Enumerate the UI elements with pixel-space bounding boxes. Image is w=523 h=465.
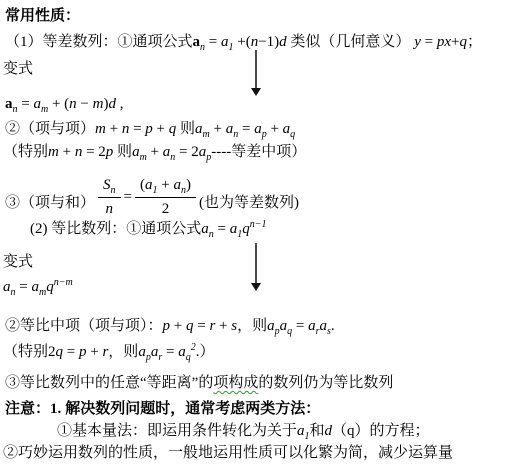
fraction-denominator: n — [98, 198, 121, 220]
note-label: 注意： — [5, 401, 50, 417]
arrow-shaft — [255, 50, 257, 88]
arith-line1-pre: （1）等差数列：①通项公式 — [5, 34, 193, 50]
arrow-head — [251, 88, 261, 96]
arith-mn-formula: m + n = p + q — [95, 121, 180, 137]
arith-general-line: （1）等差数列：①通项公式an = a1 +(n−1)d 类似（几何意义） y … — [5, 32, 482, 53]
geom-variant-label: 变式 — [3, 252, 33, 273]
fraction-equals: = — [124, 187, 132, 208]
arrow-shaft — [255, 243, 257, 283]
down-arrow-icon — [250, 50, 261, 96]
geom-special-line: （特别2q = p + r，则apar = aq2.） — [3, 342, 214, 363]
note-b1-and: 和 — [310, 423, 325, 439]
spellcheck-underlined-text: 项构成 — [213, 375, 258, 391]
geom-line4-end: 的数列仍为等比数列 — [258, 375, 393, 391]
geom-line3-end: ） — [199, 344, 214, 360]
arith-term-sum-line: ③（项与和） Sn n = (a1 + an) 2 (也为等差数列) — [5, 175, 299, 220]
geom-line2-then: ，则 — [237, 318, 267, 334]
fraction-a1-an-over-2: (a1 + an) 2 — [135, 175, 196, 220]
geom-variant-formula: an = amqn−m — [3, 277, 73, 298]
arith-special-line: （特别m + n = 2p 则am + an = 2ap----等差中项） — [3, 142, 306, 163]
geom-2q-formula: 2q = p + r — [48, 344, 108, 360]
note-line1: 解决数列问题时，通常考虑两类方法： — [65, 401, 320, 417]
arith-line4-pre: ③（项与和） — [5, 193, 95, 214]
note-b1-pre: ①基本量法：即运用条件转化为关于 — [57, 423, 297, 439]
arith-line4-end: (也为等差数列) — [199, 193, 299, 214]
page-title: 常用性质： — [5, 6, 80, 27]
arith-linear-analogy-formula: y = px+q — [410, 34, 467, 50]
geom-line2-pre: ②等比中项（项与项）： — [5, 318, 163, 334]
fraction-sn-over-n: Sn n — [98, 175, 121, 220]
arith-general-formula: an = a1 +(n−1)d — [193, 34, 291, 50]
geom-general-line: (2) 等比数列：①通项公式an = a1qn−1 — [30, 219, 266, 240]
geom-line3-pre: （特别 — [3, 344, 48, 360]
note-number: 1. — [50, 401, 61, 417]
arith-line3-end: ----等差中项） — [211, 144, 306, 160]
arith-line1-end: ； — [467, 34, 482, 50]
geom-line1-pre: (2) 等比数列：①通项公式 — [30, 221, 201, 237]
note-bullet2-line: ②巧妙运用数列的性质，一般地运用性质可以化繁为简，减少运算量 — [3, 443, 453, 464]
geom-mean-line: ②等比中项（项与项）：p + q = r + s，则apaq = aras. — [5, 316, 335, 337]
geom-general-formula: an = a1qn−1 — [201, 221, 266, 237]
arith-line3-then: 则 — [117, 144, 132, 160]
arith-variant-formula: an = am + (n − m)d , — [5, 94, 123, 115]
note-d-variable: d — [325, 423, 333, 439]
down-arrow-icon — [250, 243, 261, 291]
arith-2ap-formula: am + an = 2ap — [132, 144, 211, 160]
arrow-head — [251, 283, 261, 291]
geom-equidistant-line: ③等比数列中的任意“等距离”的项构成的数列仍为等比数列 — [5, 373, 393, 394]
note-a1-variable: a1 — [297, 423, 310, 439]
document: 常用性质： （1）等差数列：①通项公式an = a1 +(n−1)d 类似（几何… — [0, 0, 523, 465]
note-heading-line: 注意：1.解决数列问题时，通常考虑两类方法： — [5, 399, 320, 420]
arith-line2-then: 则 — [180, 121, 195, 137]
arith-line3-pre: （特别 — [3, 144, 48, 160]
fraction-numerator: Sn — [98, 175, 121, 198]
arith-mn2p-formula: m + n = 2p — [48, 144, 117, 160]
fraction-denominator: 2 — [135, 198, 196, 220]
note-b1-end: （q）的方程； — [332, 423, 430, 439]
note-bullet1-line: ①基本量法：即运用条件转化为关于a1和d（q）的方程； — [57, 421, 430, 442]
geom-pqrs-formula: p + q = r + s — [163, 318, 238, 334]
arith-variant-label: 变式 — [3, 59, 33, 80]
arith-line2-pre: ②（项与项） — [5, 121, 95, 137]
geom-line4-pre: ③等比数列中的任意“等距离”的 — [5, 375, 213, 391]
geom-line3-then: ，则 — [108, 344, 138, 360]
geom-square-formula: apar = aq2. — [138, 344, 199, 360]
arith-line1-mid: 类似（几何意义） — [290, 34, 410, 50]
geom-prod-formula: apaq = aras. — [267, 318, 335, 334]
fraction-numerator: (a1 + an) — [135, 175, 196, 198]
arith-sum-formula: am + an = ap + aq — [195, 121, 295, 137]
arith-term-property-line: ②（项与项）m + n = p + q 则am + an = ap + aq — [5, 119, 295, 140]
